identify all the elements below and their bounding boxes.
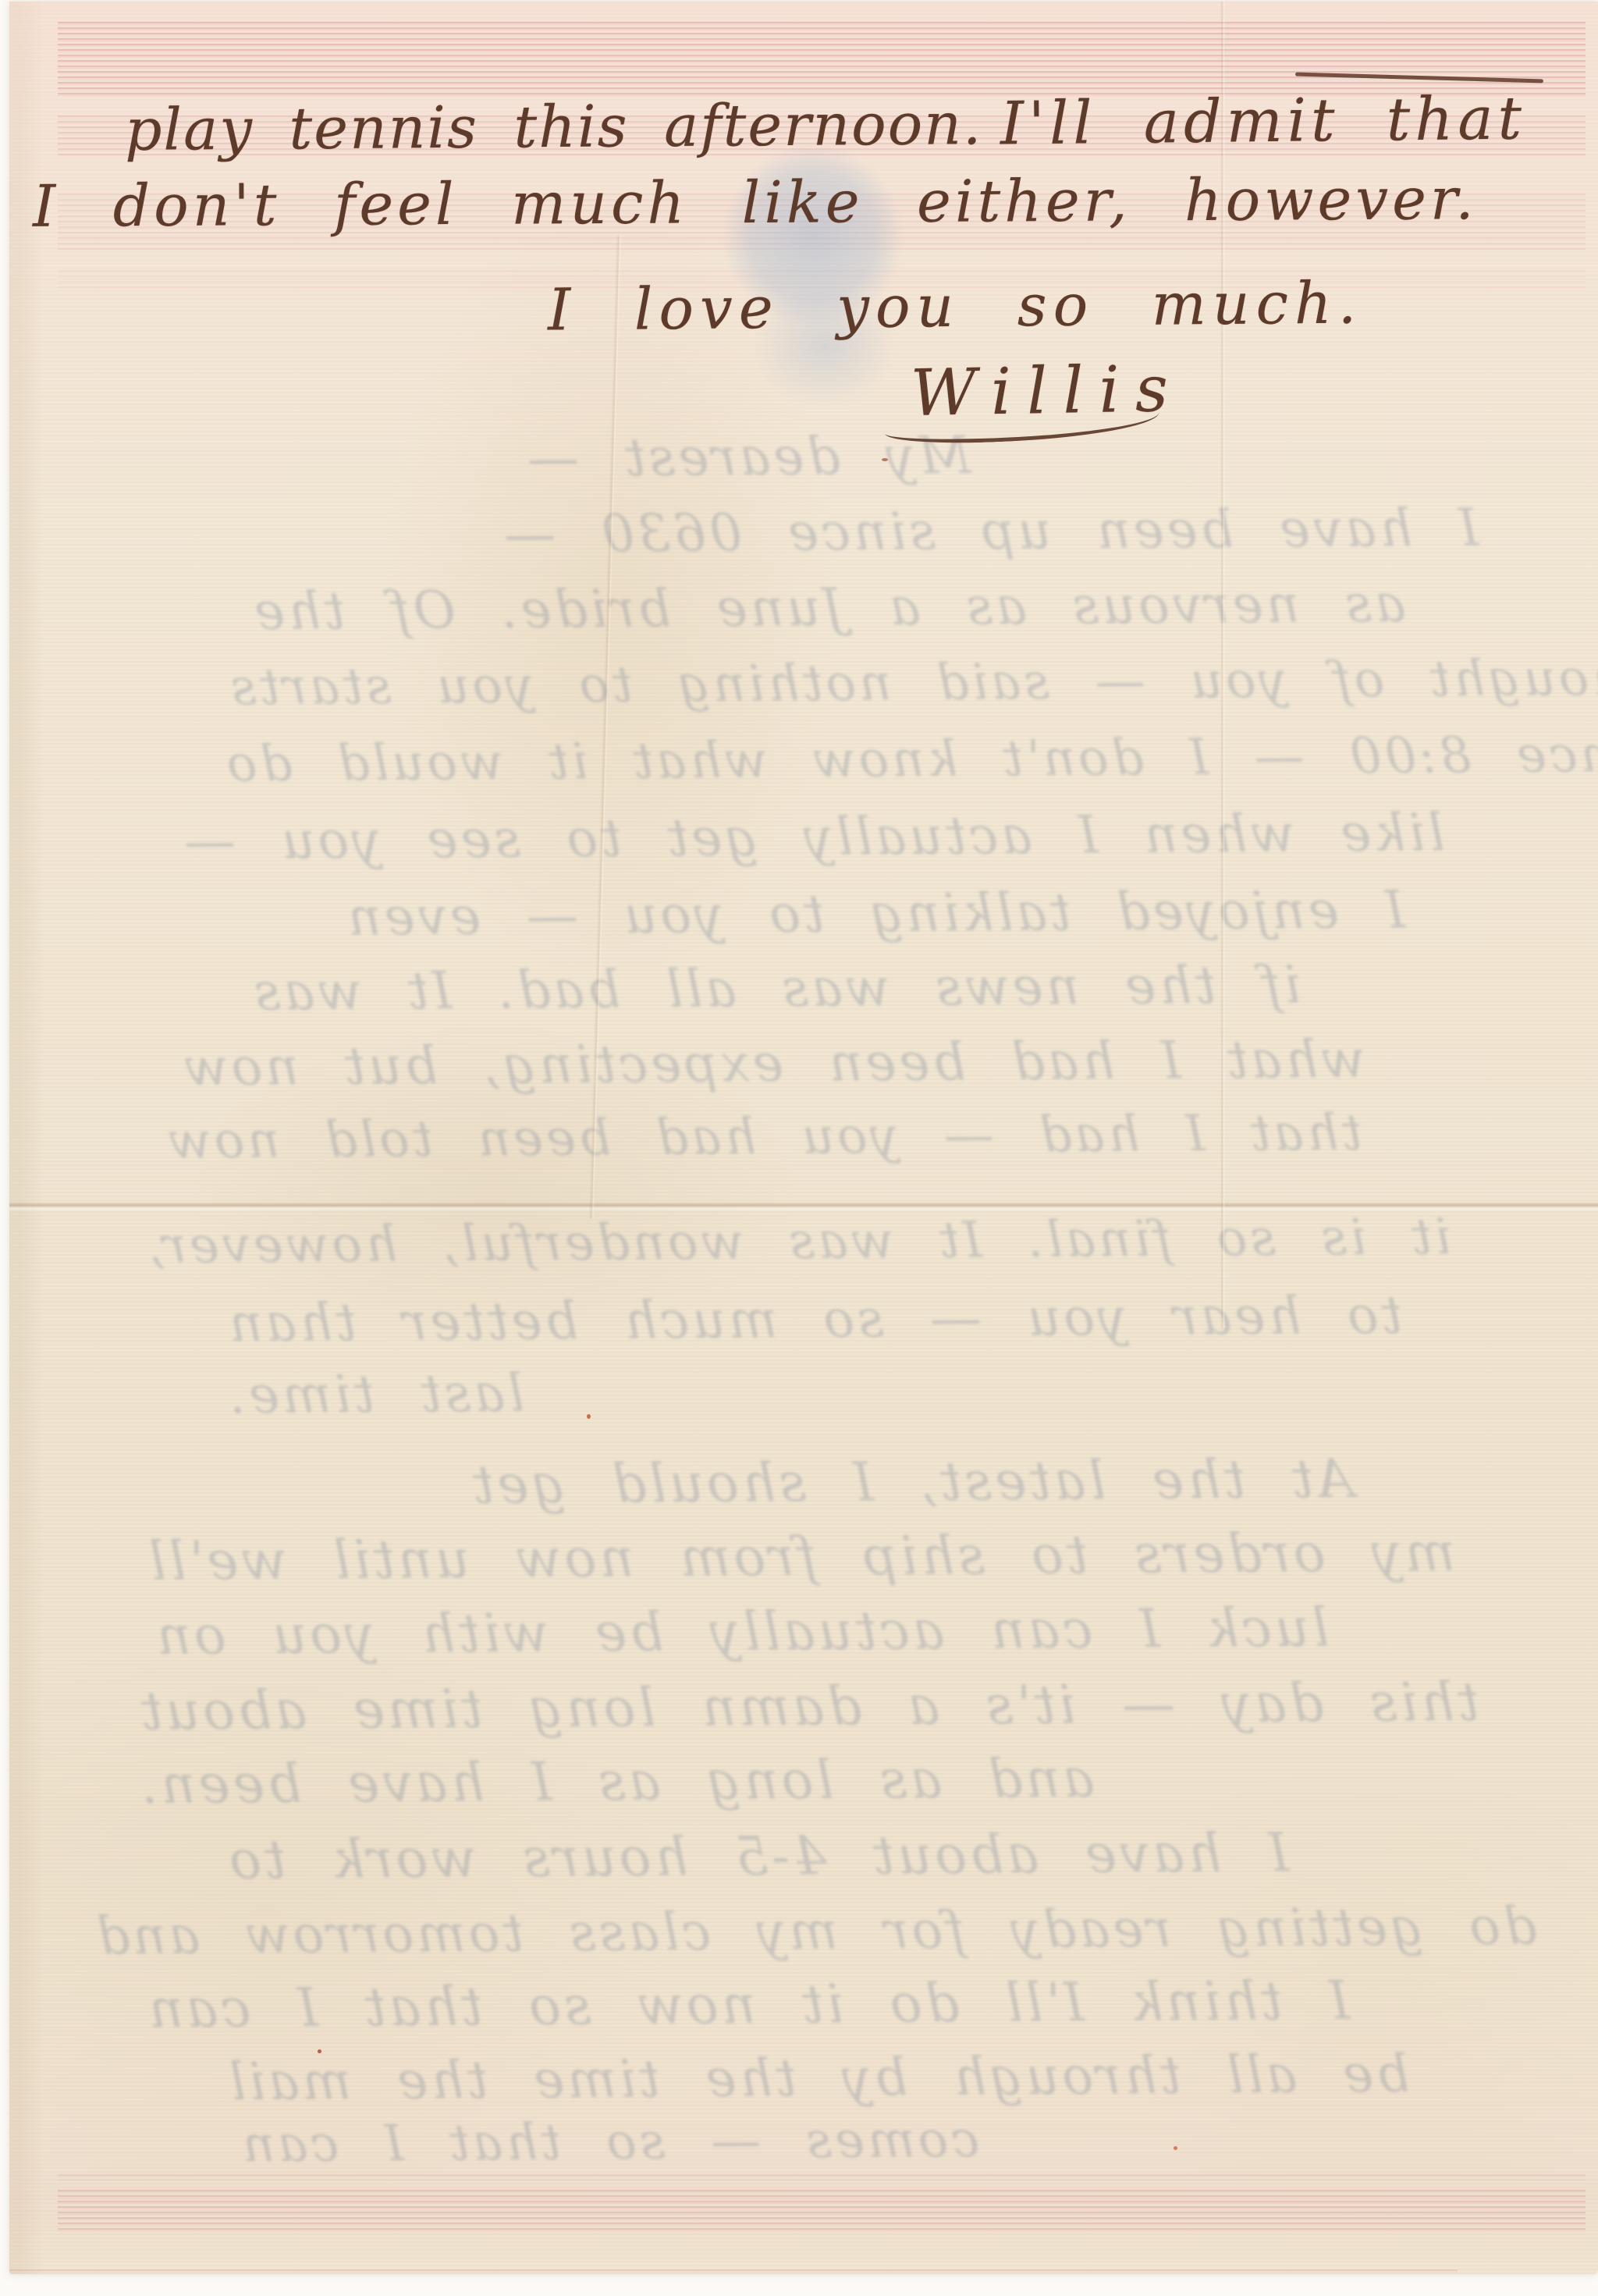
letter-line-1a: play tennis this afternoon. [125, 91, 983, 164]
bleedthrough-line: since 8:00 — I don't know what it would … [224, 726, 1598, 794]
bleedthrough-line: be all through by the time the mail [226, 2044, 1410, 2113]
pink-band-bottom-edge [9, 2269, 1458, 2273]
bleedthrough-line: if the news was all bad. It was [251, 954, 1301, 1022]
letter-line-3: I love you so much. [548, 269, 1363, 343]
paper-speck [882, 458, 888, 461]
bleedthrough-line: I have about 4-5 hours work to [226, 1822, 1290, 1892]
bleedthrough-line: what I had been expecting, but now [181, 1029, 1365, 1098]
bleedthrough-line: it is so final. It was wonderful, howeve… [146, 1208, 1451, 1275]
paper-speck [587, 1414, 591, 1419]
bleedthrough-line: as nervous as a June bride. Of the [251, 574, 1406, 642]
horizontal-fold-crease [9, 1202, 1598, 1211]
bleedthrough-line: At the latest, I should get [470, 1448, 1355, 1516]
bleedthrough-line: comes — so that I can [240, 2111, 980, 2174]
pink-band-bottom-rule [58, 2174, 1586, 2180]
bleedthrough-line: my orders to ship from now until we'll [146, 1522, 1456, 1593]
bleedthrough-line: I enjoyed talking to you — even [345, 880, 1405, 947]
bleedthrough-line: like when I actually get to see you — [181, 802, 1445, 871]
bleedthrough-line: luck I can actually be with you on [154, 1598, 1330, 1668]
bleedthrough-line: and as long as I have been. [138, 1748, 1095, 1817]
letter-line-2: I don't feel much like either, however. [33, 165, 1478, 240]
bleedthrough-line: thought of you — said nothing to you sta… [228, 649, 1598, 717]
pink-band-bottom-main [58, 2190, 1586, 2232]
letter-page: My dearest — I have been up since 0630 —… [9, 2, 1598, 2274]
bleedthrough-line: that I had — you had been told now [165, 1104, 1362, 1171]
paper-speck [1174, 2146, 1177, 2150]
paper-speck [318, 2049, 321, 2053]
bleedthrough-line: last time. [226, 1363, 525, 1426]
bleedthrough-line: I think I'll do it now so that I can [146, 1971, 1350, 2041]
letter-line-1b: I'll admit that [1000, 83, 1527, 158]
bleedthrough-line: to hear you — so much better than [226, 1285, 1403, 1354]
bleedthrough-line: I have been up since 0630 — [501, 498, 1479, 565]
bleedthrough-line: do getting ready for my class tomorrow a… [94, 1896, 1537, 1967]
bleedthrough-line: this day — it's a damn long time about [138, 1672, 1479, 1743]
